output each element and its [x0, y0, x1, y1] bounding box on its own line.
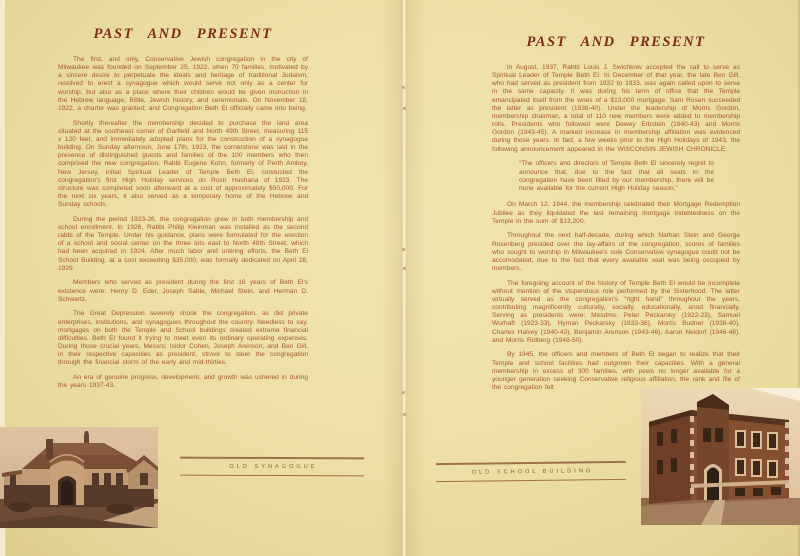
old-synagogue-photo [0, 427, 158, 528]
paragraph: On March 12, 1944, the membership celebr… [492, 201, 740, 225]
staple-mark [402, 248, 405, 251]
left-page-text-column: PAST AND PRESENT The first, and only, Co… [58, 26, 308, 397]
old-school-building-photo [641, 388, 800, 525]
right-page-text-column: PAST AND PRESENT in August, 1937, Rabbi … [492, 34, 740, 399]
caption-text: OLD SYNAGOGUE [180, 458, 364, 475]
left-photo-caption: OLD SYNAGOGUE [180, 457, 364, 477]
paragraph: The foregoing account of the history of … [492, 280, 740, 345]
caption-rule-bottom [180, 474, 364, 476]
paragraph: Members who served as president during t… [58, 279, 308, 303]
staple-mark [403, 267, 406, 270]
staple-mark [402, 391, 405, 394]
right-photo-caption: OLD SCHOOL BUILDING [436, 461, 626, 482]
paragraph: An era of genuine progress, development,… [58, 374, 308, 390]
staple-mark [403, 107, 406, 110]
chronicle-quote: “The officers and directors of Temple Be… [519, 160, 714, 193]
paragraph: in August, 1937, Rabbi Louis J. Swichkow… [492, 64, 740, 154]
staple-mark [403, 413, 406, 416]
center-fold-gutter [381, 0, 427, 556]
paragraph: The first, and only, Conservative Jewish… [58, 56, 308, 113]
paragraph: By 1945, the officers and members of Bet… [492, 351, 740, 392]
paragraph: Shortly thereafter the membership decide… [58, 120, 308, 210]
paragraph: The Great Depression severely shook the … [58, 310, 308, 367]
paragraph: Throughout the next half-decade, during … [492, 232, 740, 273]
booklet-spread-scan: PAST AND PRESENT The first, and only, Co… [0, 0, 800, 556]
staple-mark [402, 86, 405, 89]
left-page-title: PAST AND PRESENT [58, 26, 308, 43]
paragraph: During the period 1923-26, the congregat… [58, 216, 308, 273]
right-page-title: PAST AND PRESENT [492, 34, 740, 51]
